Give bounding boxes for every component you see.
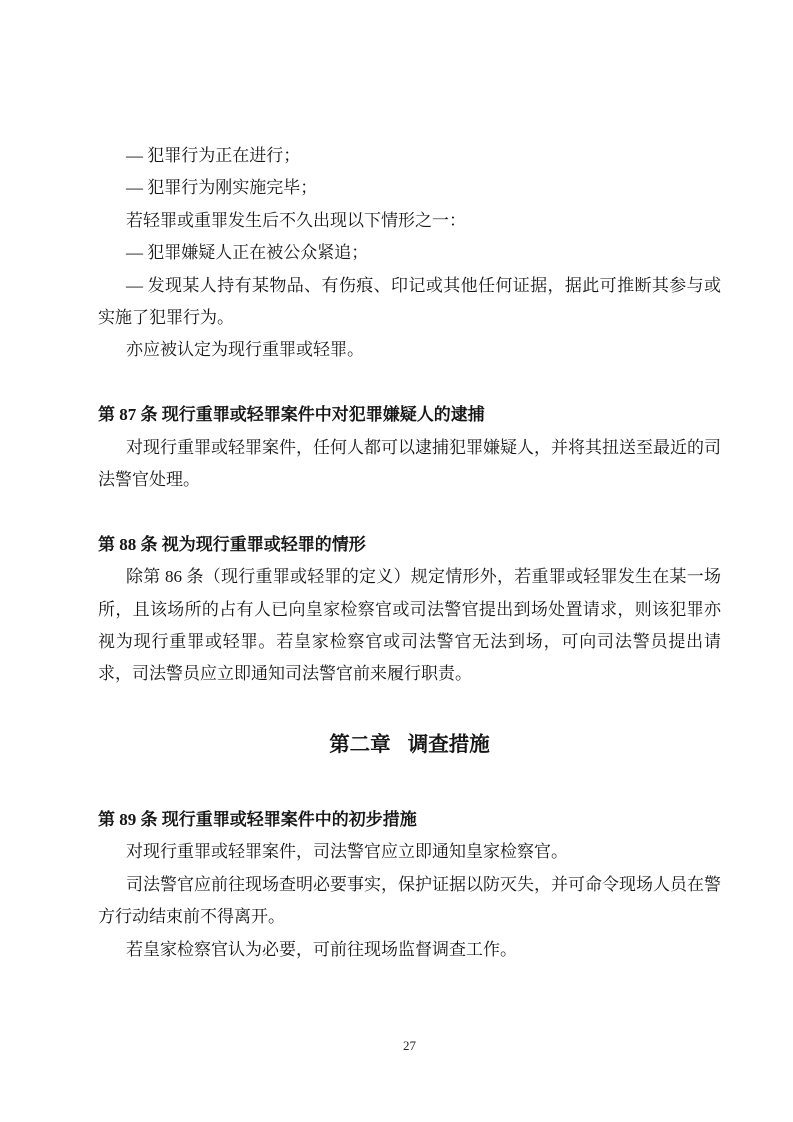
list-item-dash: — 犯罪行为正在进行；	[98, 140, 721, 172]
list-item-dash: — 犯罪行为刚实施完毕；	[98, 172, 721, 204]
paragraph: 亦应被认定为现行重罪或轻罪。	[98, 334, 721, 366]
article-87-heading: 第 87 条 现行重罪或轻罪案件中对犯罪嫌疑人的逮捕	[98, 399, 721, 431]
document-body: — 犯罪行为正在进行； — 犯罪行为刚实施完毕； 若轻罪或重罪发生后不久出现以下…	[98, 140, 721, 966]
paragraph: 若轻罪或重罪发生后不久出现以下情形之一：	[98, 205, 721, 237]
article-88-heading: 第 88 条 视为现行重罪或轻罪的情形	[98, 529, 721, 561]
paragraph: 对现行重罪或轻罪案件，任何人都可以逮捕犯罪嫌疑人，并将其扭送至最近的司法警官处理…	[98, 432, 721, 497]
list-item-dash: — 发现某人持有某物品、有伤痕、印记或其他任何证据，据此可推断其参与或实施了犯罪…	[98, 270, 721, 335]
article-89-heading: 第 89 条 现行重罪或轻罪案件中的初步措施	[98, 804, 721, 836]
page-number: 27	[98, 1038, 721, 1054]
chapter-2-heading: 第二章 调查措施	[98, 727, 721, 763]
paragraph: 除第 86 条（现行重罪或轻罪的定义）规定情形外，若重罪或轻罪发生在某一场所，且…	[98, 561, 721, 691]
paragraph: 若皇家检察官认为必要，可前往现场监督调查工作。	[98, 934, 721, 966]
paragraph: 司法警官应前往现场查明必要事实，保护证据以防灭失，并可命令现场人员在警方行动结束…	[98, 869, 721, 934]
list-item-dash: — 犯罪嫌疑人正在被公众紧追；	[98, 237, 721, 269]
document-page: — 犯罪行为正在进行； — 犯罪行为刚实施完毕； 若轻罪或重罪发生后不久出现以下…	[0, 0, 793, 1122]
paragraph: 对现行重罪或轻罪案件，司法警官应立即通知皇家检察官。	[98, 836, 721, 868]
